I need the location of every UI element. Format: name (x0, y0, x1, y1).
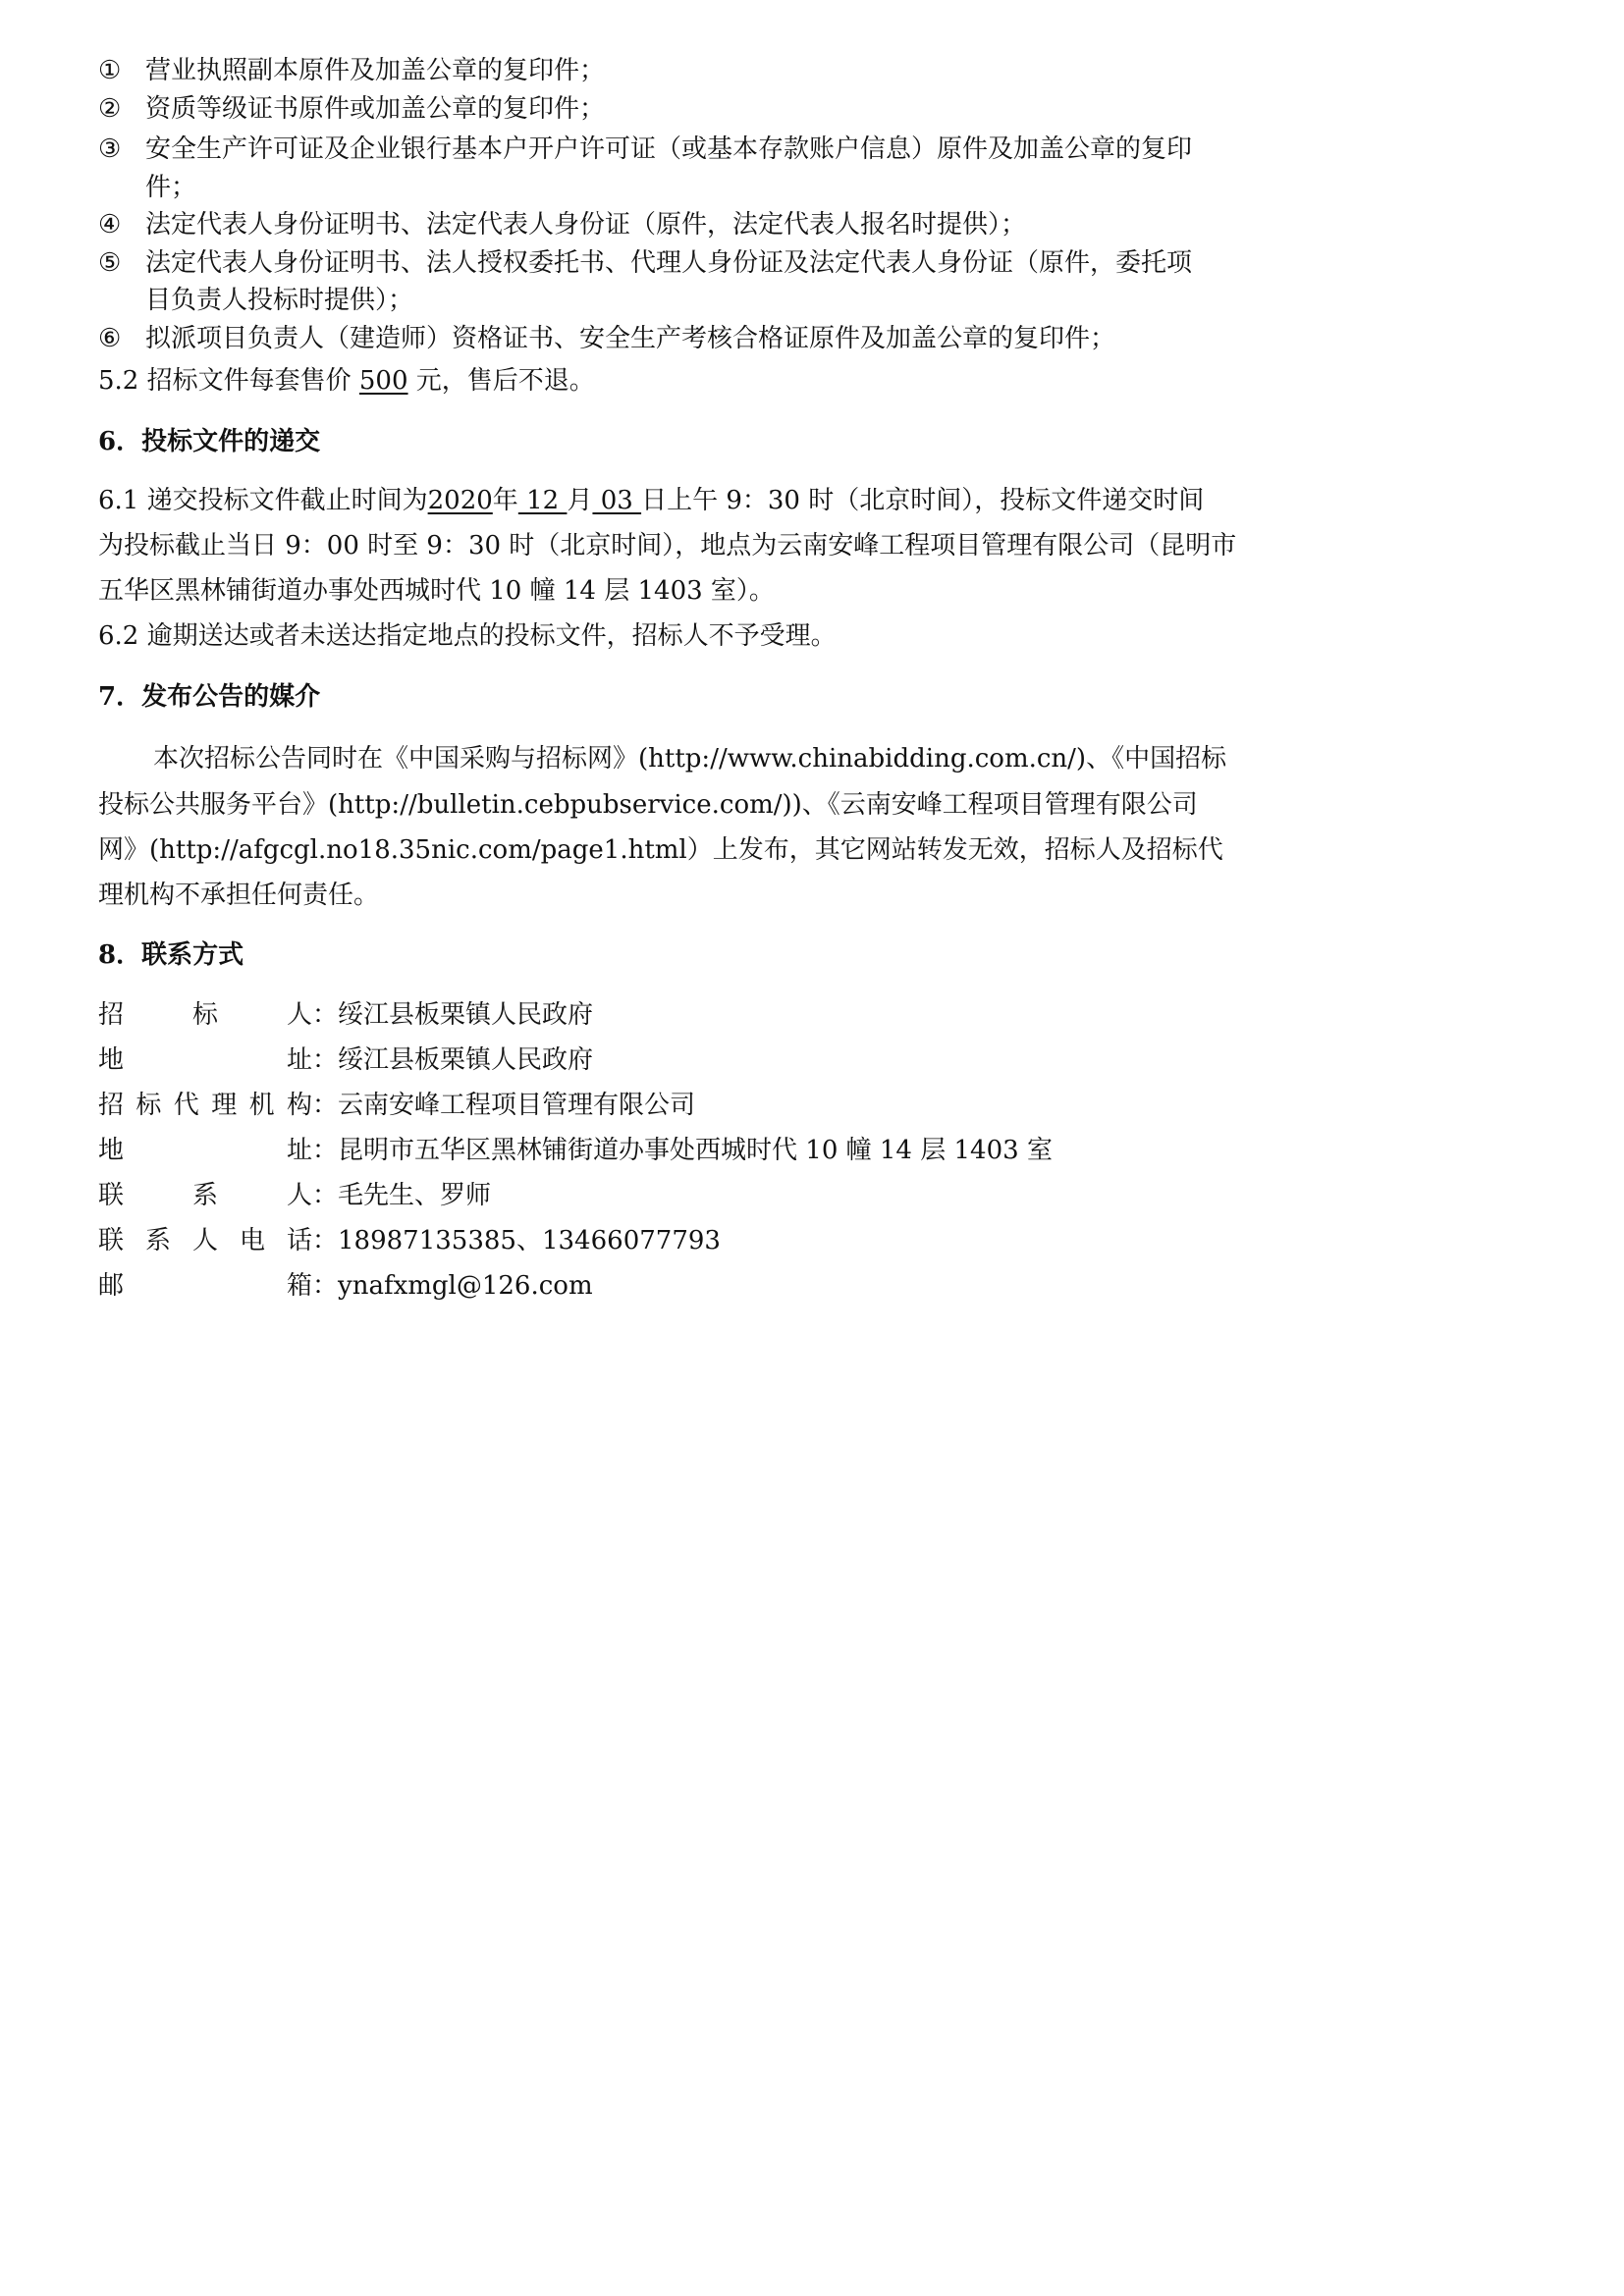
deadline-clause-line3: 五华区黑林铺街道办事处西城时代 10 幢 14 层 1403 室）。 (98, 575, 775, 607)
requirement-item: ③安全生产许可证及企业银行基本户开户许可证（或基本存款账户信息）原件及加盖公章的… (98, 133, 1192, 165)
requirement-item-continuation: 目负责人投标时提供）； (145, 285, 413, 316)
price-value: 500 (359, 366, 408, 396)
deadline-clause-line2: 为投标截止当日 9：00 时至 9：30 时（北京时间），地点为云南安峰工程项目… (98, 530, 1236, 561)
requirement-item: ⑥拟派项目负责人（建造师）资格证书、安全生产考核合格证原件及加盖公章的复印件； (98, 323, 1115, 354)
contact-row: 地址：昆明市五华区黑林铺街道办事处西城时代 10 幢 14 层 1403 室 (98, 1135, 1053, 1166)
contact-row: 招标代理机构：云南安峰工程项目管理有限公司 (98, 1090, 695, 1121)
media-paragraph-line: 本次招标公告同时在《中国采购与招标网》(http://www.chinabidd… (153, 743, 1226, 774)
requirement-item: ②资质等级证书原件或加盖公章的复印件； (98, 93, 605, 125)
media-paragraph-line: 网》(http://afgcgl.no18.35nic.com/page1.ht… (98, 834, 1223, 866)
requirement-item: ①营业执照副本原件及加盖公章的复印件； (98, 55, 605, 86)
deadline-day: 03 (592, 486, 641, 515)
email-value: ynafxmgl@126.com (338, 1271, 593, 1301)
requirement-item: ④法定代表人身份证明书、法定代表人身份证（原件，法定代表人报名时提供）； (98, 209, 1026, 240)
late-submission-clause: 6.2 逾期送达或者未送达指定地点的投标文件，招标人不予受理。 (98, 620, 837, 652)
media-paragraph-line: 理机构不承担任何责任。 (98, 880, 379, 911)
contact-row: 地址：绥江县板栗镇人民政府 (98, 1044, 593, 1076)
contact-row: 联系人电话：18987135385、13466077793 (98, 1225, 721, 1256)
contact-row: 联系人：毛先生、罗师 (98, 1180, 491, 1211)
requirement-item-continuation: 件； (145, 172, 196, 203)
section-7-heading: 7．发布公告的媒介 (98, 681, 320, 713)
contact-row: 邮箱：ynafxmgl@126.com (98, 1270, 593, 1302)
section-8-heading: 8．联系方式 (98, 939, 244, 971)
price-clause: 5.2 招标文件每套售价 500 元，售后不退。 (98, 365, 595, 397)
deadline-year: 2020 (428, 486, 493, 515)
deadline-month: 12 (518, 486, 568, 515)
contact-row: 招标人：绥江县板栗镇人民政府 (98, 999, 593, 1031)
requirement-item: ⑤法定代表人身份证明书、法人授权委托书、代理人身份证及法定代表人身份证（原件，委… (98, 247, 1192, 279)
deadline-clause: 6.1 递交投标文件截止时间为2020年 12 月 03 日上午 9：30 时（… (98, 485, 1204, 516)
section-6-heading: 6．投标文件的递交 (98, 426, 320, 457)
media-paragraph-line: 投标公共服务平台》(http://bulletin.cebpubservice.… (98, 789, 1198, 821)
